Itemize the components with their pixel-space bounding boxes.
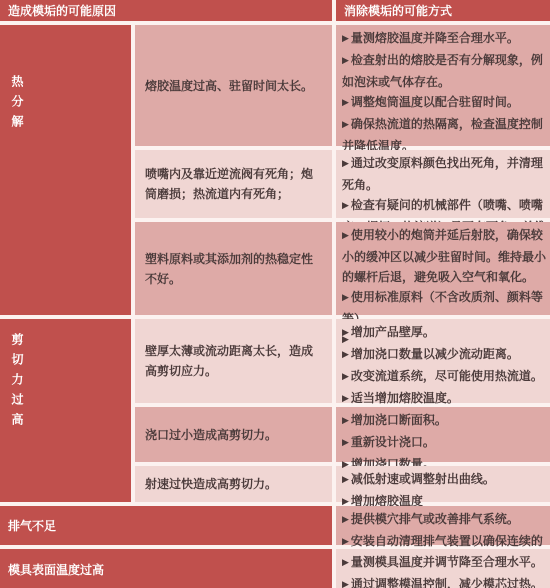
solution-item: ▶通过调整模温控制，减少模芯过热。 [342, 574, 546, 588]
solution-item: ▶重新设计浇口。 [342, 432, 546, 454]
solution-item: ▶检查射出的熔胶是否有分解现象，例如泡沫或气体存在。 [342, 50, 546, 92]
solution-text: 确保热流道的热隔离，检查温度控制并降低温度。 [342, 117, 543, 153]
bullet-triangle-icon: ▶ [342, 470, 349, 490]
solution-item: ▶增加产品壁厚。 [342, 322, 546, 344]
bullet-triangle-icon: ▶ [342, 154, 349, 174]
solutions-dead-corners: ▶通过改变原料颜色找出死角，并清理死角。▶检查有疑问的机械部件（喷嘴、喷嘴座、螺… [336, 150, 550, 218]
cause-text: 熔胶温度过高、驻留时间太长。 [145, 76, 313, 96]
bullet-triangle-icon: ▶ [342, 345, 349, 365]
header-solutions: 消除模垢的可能方式 [336, 0, 550, 21]
solution-item: ▶增加浇口断面积。 [342, 410, 546, 432]
solution-text: 增加产品壁厚。 [351, 325, 435, 339]
cause-melt-temp: 熔胶温度过高、驻留时间太长。 [135, 25, 332, 146]
solution-item: ▶减低射速或调整射出曲线。 [342, 469, 546, 491]
cause-material-stability: 塑料原料或其添加剂的热稳定性不好。 [135, 222, 332, 315]
solution-text: 调整炮筒温度以配合驻留时间。 [351, 95, 519, 109]
bullet-triangle-icon: ▶ [342, 196, 349, 216]
bullet-triangle-icon: ▶ [342, 575, 349, 588]
header-causes: 造成模垢的可能原因 [0, 0, 332, 21]
cause-fast-injection: 射速过快造成高剪切力。 [135, 466, 332, 502]
category-insufficient-venting: 排气不足 [0, 506, 332, 545]
solutions-material-stability: ▶使用较小的炮筒并延后射胶，确保较小的缓冲区以减少驻留时间。维持最小的螺杆后退，… [336, 222, 550, 315]
bullet-triangle-icon: ▶ [342, 323, 349, 343]
category-mold-surface-temp: 模具表面温度过高 [0, 549, 332, 588]
cause-text: 壁厚太薄或流动距离太长，造成高剪切应力。 [145, 341, 322, 381]
bullet-triangle-icon: ▶ [342, 492, 349, 512]
category-thermal-decomposition: 热分解 [0, 25, 131, 315]
solution-text: 使用较小的炮筒并延后射胶，确保较小的缓冲区以减少驻留时间。维持最小的螺杆后退，避… [342, 228, 546, 284]
bullet-triangle-icon: ▶ [342, 411, 349, 431]
solutions-melt-temp: ▶量测熔胶温度并降至合理水平。▶检查射出的熔胶是否有分解现象，例如泡沫或气体存在… [336, 25, 550, 146]
solutions-insufficient-venting: ▶提供模穴排气或改善排气系统。▶安装自动清理排气装置以确保连续的排气。 [336, 506, 550, 545]
bullet-triangle-icon: ▶ [342, 93, 349, 113]
cause-text: 喷嘴内及靠近逆流阀有死角；炮筒磨损；热流道内有死角； [145, 164, 322, 204]
solutions-small-gate: ▶增加浇口断面积。▶重新设计浇口。▶增加浇口数量。 [336, 407, 550, 462]
solution-item: ▶通过改变原料颜色找出死角，并清理死角。 [342, 153, 546, 195]
solution-text: 适当增加熔胶温度。 [351, 391, 459, 405]
category-label: 排气不足 [8, 517, 56, 534]
category-label: 剪切力过高 [8, 333, 26, 433]
cause-text: 塑料原料或其添加剂的热稳定性不好。 [145, 249, 322, 289]
bullet-triangle-icon: ▶ [342, 553, 349, 573]
solution-item: ▶改变流道系统，尽可能使用热流道。 [342, 366, 546, 388]
cause-text: 浇口过小造成高剪切力。 [145, 425, 277, 445]
solution-text: 改变流道系统，尽可能使用热流道。 [351, 369, 543, 383]
solution-item: ▶量测模具温度并调节降至合理水平。 [342, 552, 546, 574]
solution-text: 通过调整模温控制，减少模芯过热。 [351, 577, 543, 588]
cause-text: 射速过快造成高剪切力。 [145, 474, 277, 494]
category-high-shear-force: 剪切力过高 [0, 319, 131, 502]
solution-text: 量测熔胶温度并降至合理水平。 [351, 31, 519, 45]
solution-item: ▶提供模穴排气或改善排气系统。 [342, 509, 546, 531]
solutions-fast-injection: ▶减低射速或调整射出曲线。▶增加熔胶温度 [336, 466, 550, 502]
cause-small-gate: 浇口过小造成高剪切力。 [135, 407, 332, 462]
cause-thin-wall: 壁厚太薄或流动距离太长，造成高剪切应力。 [135, 319, 332, 403]
category-label: 热分解 [8, 75, 26, 135]
bullet-triangle-icon: ▶ [342, 389, 349, 409]
solutions-thin-wall: ▶增加产品壁厚。▶增加浇口数量以减少流动距离。▶改变流道系统，尽可能使用热流道。… [336, 319, 550, 403]
mold-deposit-table: 造成模垢的可能原因 消除模垢的可能方式 热分解 熔胶温度过高、驻留时间太长。 ▶… [0, 0, 550, 588]
solution-item: ▶增加浇口数量以减少流动距离。 [342, 344, 546, 366]
solution-text: 检查射出的熔胶是否有分解现象，例如泡沫或气体存在。 [342, 53, 543, 89]
solution-text: 通过改变原料颜色找出死角，并清理死角。 [342, 156, 543, 192]
bullet-triangle-icon: ▶ [342, 367, 349, 387]
category-label: 模具表面温度过高 [8, 561, 104, 578]
solution-text: 量测模具温度并调节降至合理水平。 [351, 555, 543, 569]
solution-item: ▶使用较小的炮筒并延后射胶，确保较小的缓冲区以减少驻留时间。维持最小的螺杆后退，… [342, 225, 546, 287]
solution-text: 增加浇口断面积。 [351, 413, 447, 427]
solution-text: 提供模穴排气或改善排气系统。 [351, 512, 519, 526]
solutions-mold-surface-temp: ▶量测模具温度并调节降至合理水平。▶通过调整模温控制，减少模芯过热。 [336, 549, 550, 588]
solution-text: 减低射速或调整射出曲线。 [351, 472, 495, 486]
bullet-triangle-icon: ▶ [342, 115, 349, 135]
bullet-triangle-icon: ▶ [342, 532, 349, 552]
bullet-triangle-icon: ▶ [342, 510, 349, 530]
solution-item: ▶调整炮筒温度以配合驻留时间。 [342, 92, 546, 114]
bullet-triangle-icon: ▶ [342, 51, 349, 71]
bullet-triangle-icon: ▶ [342, 288, 349, 308]
bullet-triangle-icon: ▶ [342, 433, 349, 453]
solution-item: ▶量测熔胶温度并降至合理水平。 [342, 28, 546, 50]
solution-text: 重新设计浇口。 [351, 435, 435, 449]
solution-text: 增加浇口数量以减少流动距离。 [351, 347, 519, 361]
cause-dead-corners: 喷嘴内及靠近逆流阀有死角；炮筒磨损；热流道内有死角； [135, 150, 332, 218]
bullet-triangle-icon: ▶ [342, 226, 349, 246]
bullet-triangle-icon: ▶ [342, 29, 349, 49]
